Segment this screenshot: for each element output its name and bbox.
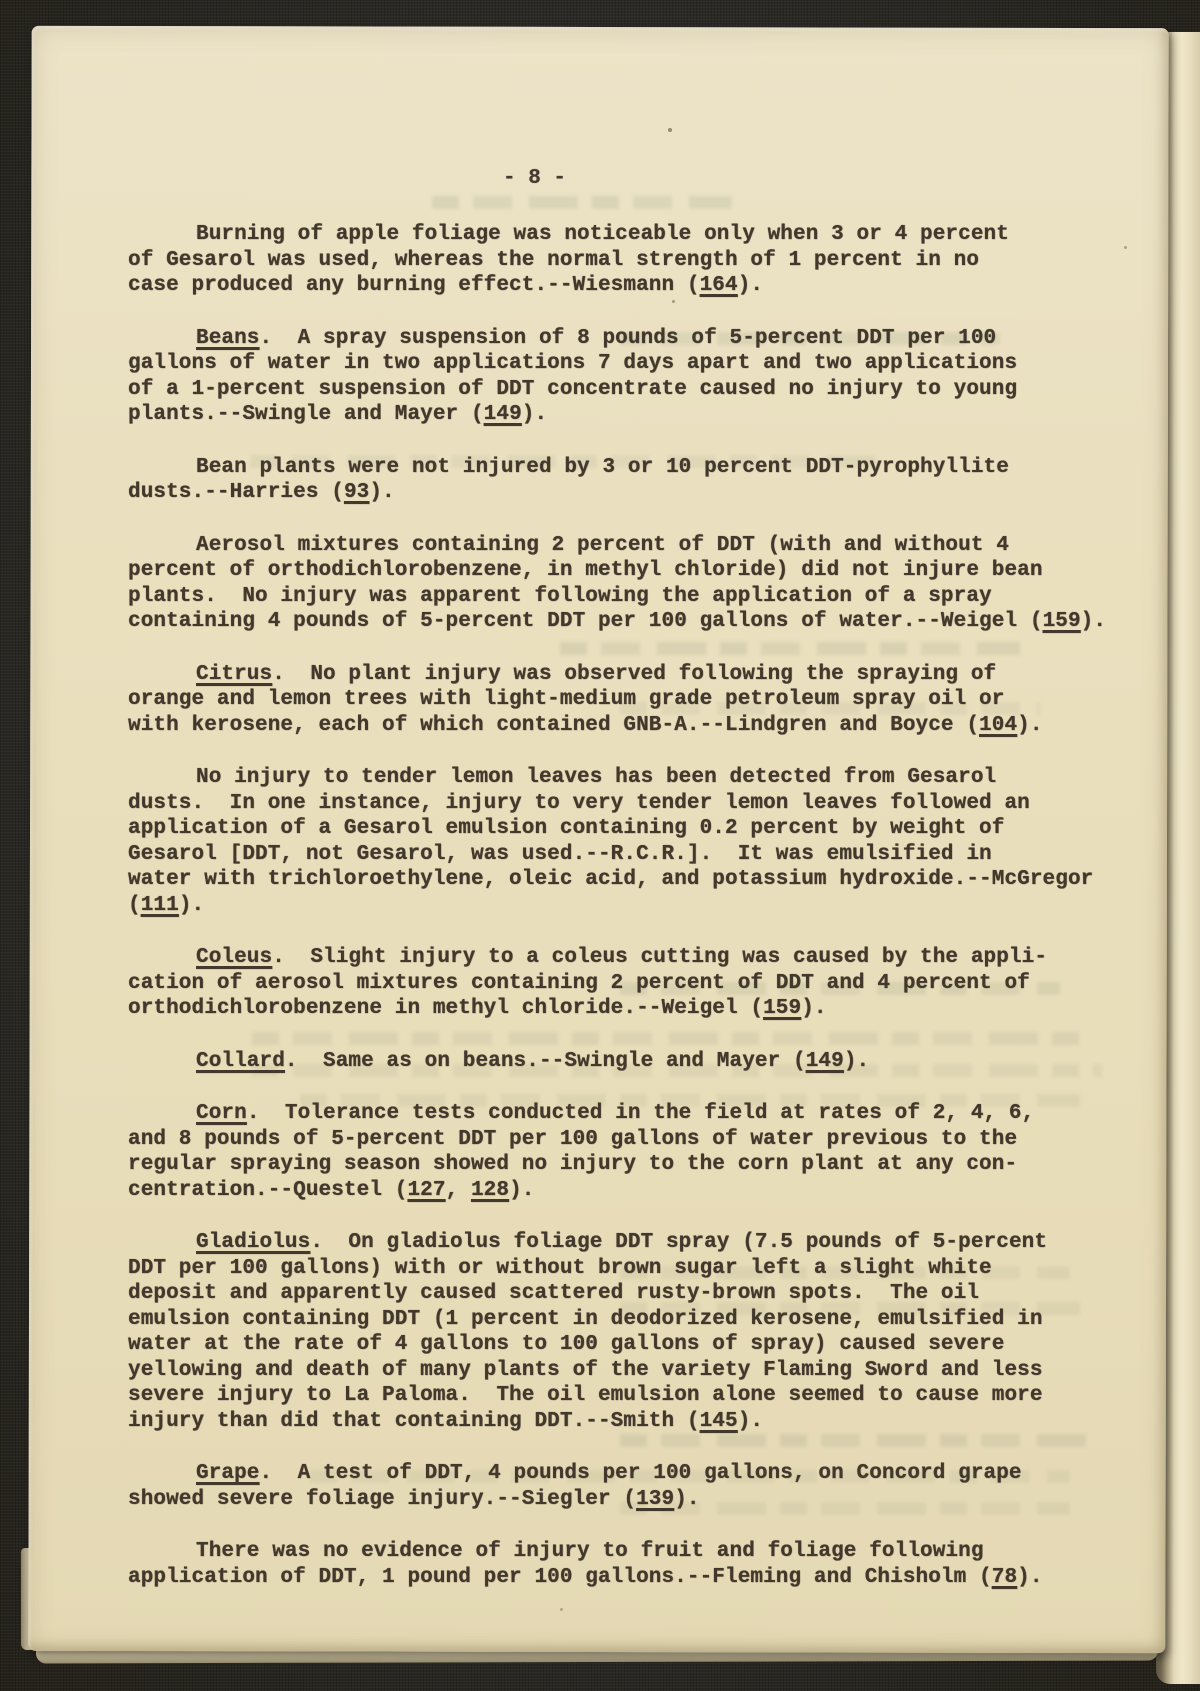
paragraph-corn: Corn. Tolerance tests conducted in the f… [128,1101,1142,1203]
text-run: ). [738,1410,763,1433]
underlined-text: 139 [636,1488,674,1511]
text-run: There was no evidence of injury to fruit… [128,1540,992,1589]
paragraph-gladiolus: Gladiolus. On gladiolus foliage DDT spra… [128,1230,1142,1434]
underlined-text: 104 [979,714,1017,737]
underlined-text: Grape [196,1462,260,1485]
text-run: . Same as on beans.--Swingle and Mayer ( [285,1050,806,1073]
paragraph-beans: Beans. A spray suspension of 8 pounds of… [128,326,1142,428]
paragraph-aerosol-bean: Aerosol mixtures containing 2 percent of… [128,533,1142,635]
text-run: ). [369,481,394,504]
underlined-text: Corn [196,1102,247,1125]
text-run: . Tolerance tests conducted in the field… [128,1102,1034,1202]
underlined-text: Collard [196,1050,285,1073]
text-run: ). [1017,714,1042,737]
underlined-text: 78 [992,1566,1017,1589]
paragraph-bean-dusts: Bean plants were not injured by 3 or 10 … [128,455,1142,506]
text-run: Burning of apple foliage was noticeable … [128,223,1009,297]
underlined-text: 93 [344,481,369,504]
paragraph-citrus: Citrus. No plant injury was observed fol… [128,662,1142,739]
paragraph-apple-burning: Burning of apple foliage was noticeable … [128,222,1142,299]
underlined-text: 159 [763,997,801,1020]
text-run: ). [674,1488,699,1511]
text-run: ). [801,997,826,1020]
text-run: Bean plants were not injured by 3 or 10 … [128,456,1009,505]
paragraph-lemon-leaves: No injury to tender lemon leaves has bee… [128,765,1142,918]
text-run: ). [179,894,204,917]
underlined-text: Citrus [196,663,272,686]
paragraph-collard: Collard. Same as on beans.--Swingle and … [128,1049,1142,1075]
text-run: ). [522,403,547,426]
document-body: Burning of apple foliage was noticeable … [128,222,1142,1617]
underlined-text: Gladiolus [196,1231,310,1254]
underlined-text: 159 [1043,610,1081,633]
text-run: ). [844,1050,869,1073]
text-run: No injury to tender lemon leaves has bee… [128,766,1093,917]
text-run: ). [1081,610,1106,633]
bleed-through-ghost [432,196,732,209]
underlined-text: Beans [196,327,260,350]
text-run: ). [1017,1566,1042,1589]
paragraph-grape-fruit: There was no evidence of injury to fruit… [128,1539,1142,1590]
text-run: Aerosol mixtures containing 2 percent of… [128,534,1043,634]
underlined-text: 111 [141,894,179,917]
underlined-text: 149 [484,403,522,426]
text-run: ). [738,274,763,297]
text-run: . A spray suspension of 8 pounds of 5-pe… [128,327,1017,427]
underlined-text: 164 [700,274,738,297]
underlined-text: 145 [700,1410,738,1433]
text-run: ). [509,1179,534,1202]
text-run: . A test of DDT, 4 pounds per 100 gallon… [128,1462,1022,1511]
text-run: . On gladiolus foliage DDT spray (7.5 po… [128,1231,1047,1433]
text-run: , [446,1179,471,1202]
underlined-text: Coleus [196,946,272,969]
dust-speck [668,128,672,132]
paragraph-grape: Grape. A test of DDT, 4 pounds per 100 g… [128,1461,1142,1512]
underlined-text: 128 [471,1179,509,1202]
underlined-text: 127 [407,1179,445,1202]
paragraph-coleus: Coleus. Slight injury to a coleus cuttin… [128,945,1142,1022]
underlined-text: 149 [806,1050,844,1073]
page-number: - 8 - [503,166,566,191]
